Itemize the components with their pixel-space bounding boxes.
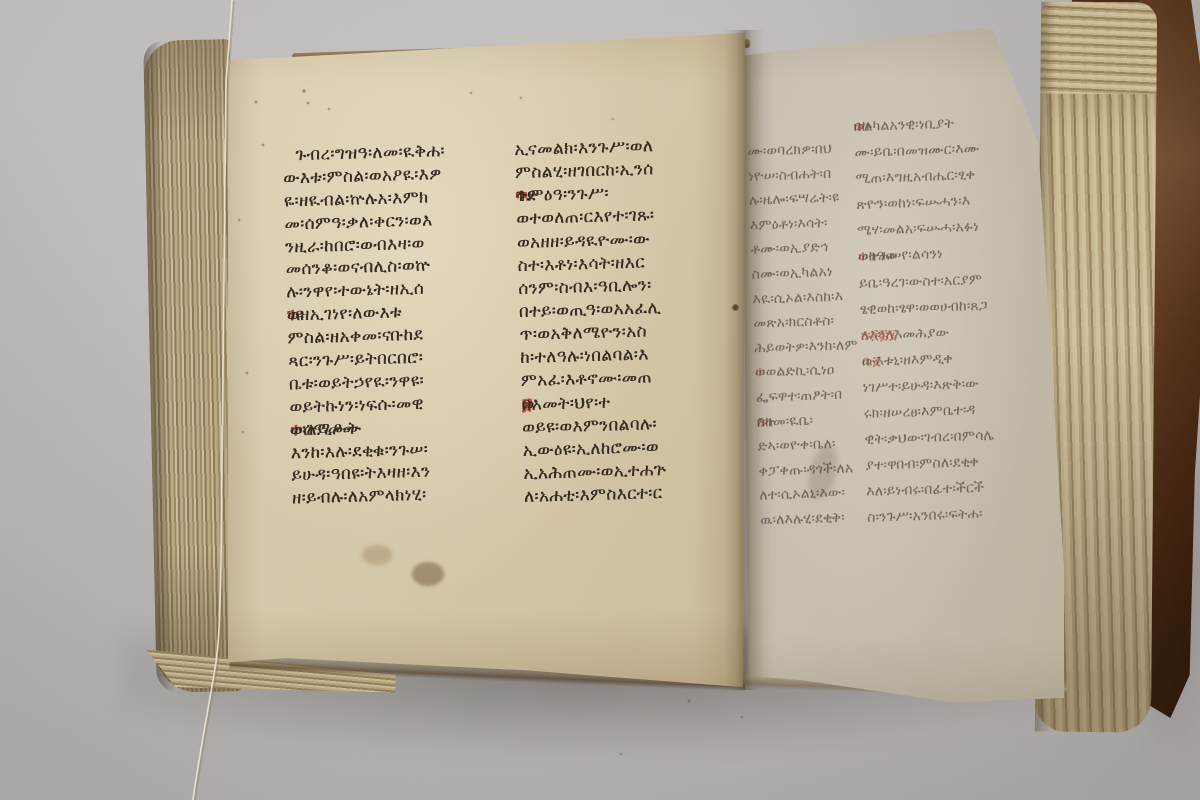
left-page-edge-stack [143, 39, 243, 693]
fore-edge-top-cap [1040, 2, 1157, 95]
text-line: ለ፡አሐቲ፡እምስእርተ፡ር [524, 480, 751, 509]
text-column-left-1: ጉብረ፡ግዝዓ፡ለመ፡ዪቅሐ፡ውእቱ፡ምስል፡ወአዖዪ፡እዎዬ፡ዘዪብል፡ኵሉአ… [282, 139, 508, 511]
text-line: ዘ፡ይብሉ፡ለአምላክነሂ፡ [292, 482, 509, 511]
text-column-right-1: ሙ፡ወባረክዎ፡በህነዮሠ፡ስብሐት፡በሉ፡ዜሎ፡ፍሣሬት፡ዩእምዕቶነ፡እሳት… [747, 136, 873, 533]
manuscript-photo: ጉብረ፡ግዝዓ፡ለመ፡ዪቅሐ፡ውእቱ፡ምስል፡ወአዖዪ፡እዎዬ፡ዘዪብል፡ኵሉአ… [0, 0, 1200, 800]
dust-specks [0, 0, 2, 2]
stain [362, 545, 392, 565]
gutter-shadow [724, 30, 764, 690]
right-page-text: ሙ፡ወባረክዎ፡በህነዮሠ፡ስብሐት፡በሉ፡ዜሎ፡ፍሣሬት፡ዩእምዕቶነ፡እሳት… [744, 103, 1031, 548]
text-line: ዉ፡ለእሉሂ፡ደቂቅ፡ [760, 505, 873, 533]
left-page-text: ጉብረ፡ግዝዓ፡ለመ፡ዪቅሐ፡ውእቱ፡ምስል፡ወአዖዪ፡እዎዬ፡ዘዪብል፡ኵሉአ… [268, 128, 761, 533]
text-column-right-2: ወለካልአንዊ፡ነቢያት፨በኩሙ፡ይቤ፡በመዝሙር፡እሙሚጠ፡እግዚአብሔር፡ፂ… [853, 109, 1027, 532]
text-line: ስ፡ንጉሥ፡አንበሩ፡ፍትሐ፡ [867, 500, 1028, 532]
text-column-left-2: ኢናመልክ፡እንጉሥ፡ወለምስልሂ፡ዘገበርከ፡ኢንሰግድ፨ተምዕዓ፡ንጉሥ፡ወ… [514, 133, 750, 509]
text-line: ሕይወትዎ፡እንከ፡ለም [754, 333, 867, 361]
stain [412, 562, 444, 586]
